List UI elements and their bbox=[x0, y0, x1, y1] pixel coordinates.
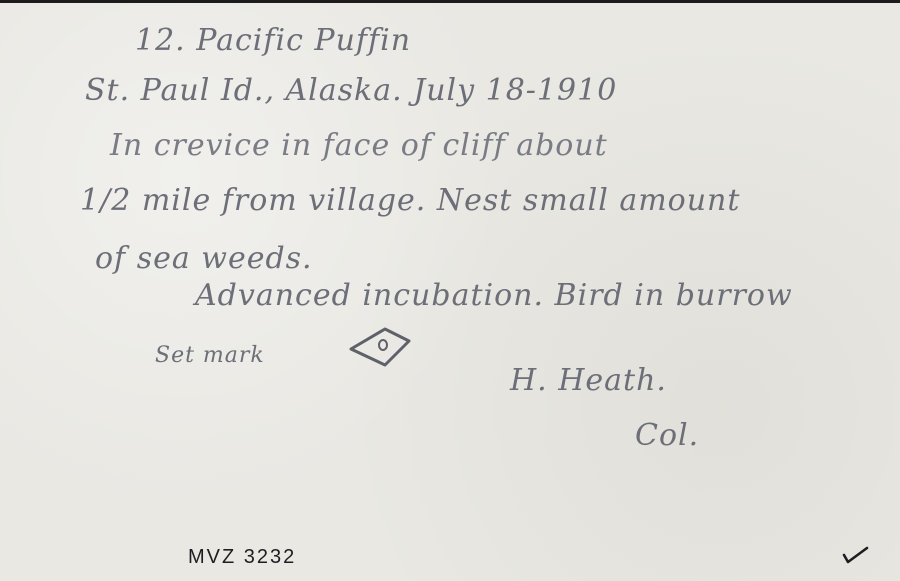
specimen-card: 12. Pacific Puffin St. Paul Id., Alaska.… bbox=[0, 0, 900, 581]
check-mark-icon bbox=[840, 543, 870, 565]
species-line: 12. Pacific Puffin bbox=[135, 23, 411, 58]
note-line-1: In crevice in face of cliff about bbox=[110, 128, 608, 163]
note-line-3: of sea weeds. bbox=[95, 241, 313, 276]
note-line-2: 1/2 mile from village. Nest small amount bbox=[80, 183, 740, 218]
catalog-number: MVZ 3232 bbox=[188, 546, 296, 569]
locality-date-line: St. Paul Id., Alaska. July 18-1910 bbox=[85, 73, 617, 108]
set-mark-diamond-icon bbox=[345, 325, 415, 369]
note-line-4: Advanced incubation. Bird in burrow bbox=[195, 278, 793, 313]
collector-name: H. Heath. bbox=[510, 363, 667, 398]
set-mark-label: Set mark bbox=[155, 343, 265, 368]
collector-role: Col. bbox=[635, 418, 699, 453]
